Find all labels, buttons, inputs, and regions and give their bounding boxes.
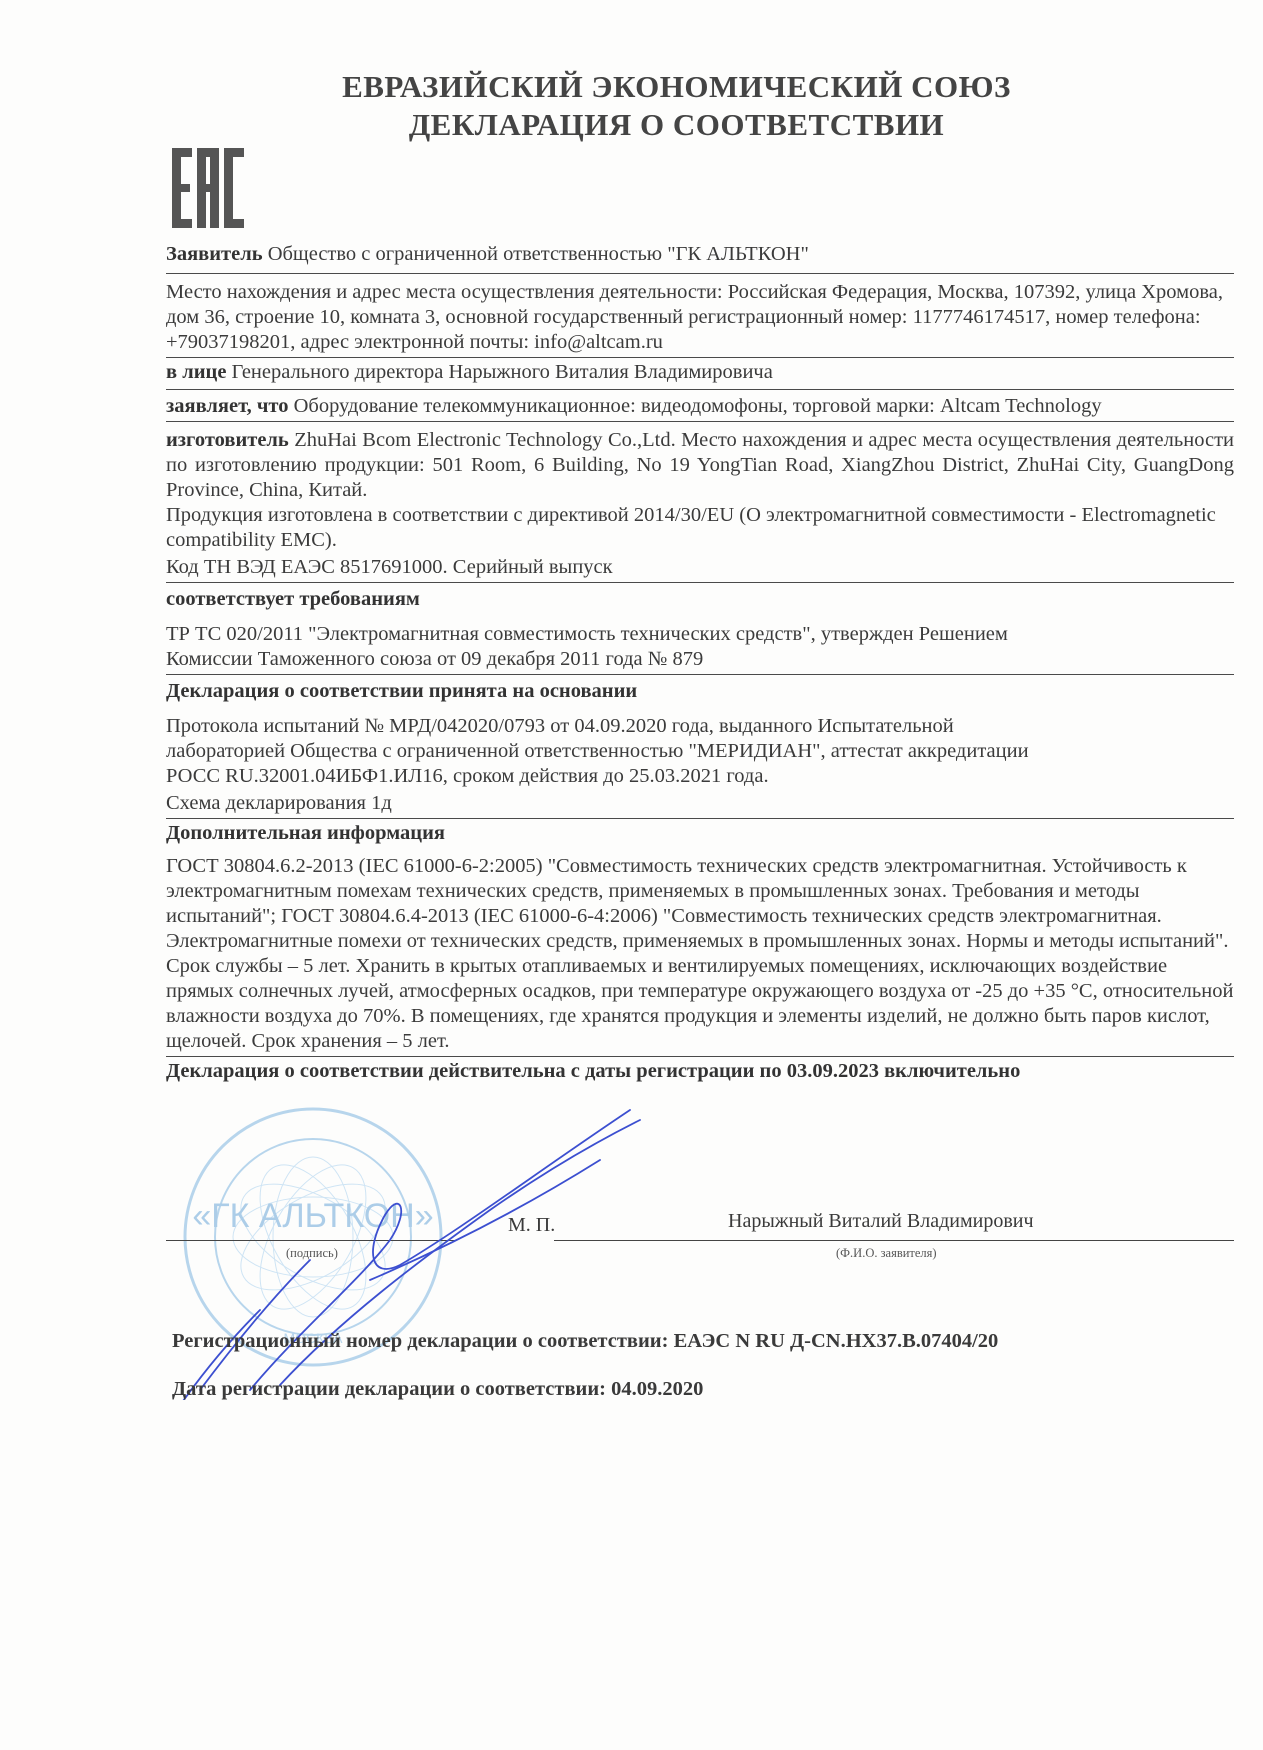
address-row: Место нахождения и адрес места осуществл… (166, 274, 1234, 358)
additional-label: Дополнительная информация (166, 821, 1234, 846)
name-line (554, 1240, 1234, 1241)
signature-row: (подпись) М. П. Нарыжный Виталий Владими… (166, 1210, 1234, 1270)
declares-row: заявляет, что Оборудование телекоммуника… (166, 390, 1234, 422)
basis-label: Декларация о соответствии принята на осн… (166, 679, 1234, 704)
complies-value-row: ТР ТС 020/2011 "Электромагнитная совмест… (166, 622, 1234, 675)
registration-date-value: 04.09.2020 (611, 1378, 703, 1400)
signature-line (166, 1240, 456, 1241)
declares-value: Оборудование телекоммуникационное: видео… (294, 395, 1102, 417)
represented-label: в лице (166, 361, 226, 383)
declaration-page: ЕВРАЗИЙСКИЙ ЭКОНОМИЧЕСКИЙ СОЮЗ ДЕКЛАРАЦИ… (0, 0, 1263, 1750)
additional-value: ГОСТ 30804.6.2-2013 (IEC 61000-6-2:2005)… (166, 854, 1234, 1054)
signature-caption: (подпись) (286, 1246, 338, 1261)
applicant-signatory-name: Нарыжный Виталий Владимирович (728, 1210, 1034, 1233)
registration-date-label: Дата регистрации декларации о соответств… (172, 1378, 606, 1400)
document-title: ДЕКЛАРАЦИЯ О СООТВЕТСТВИИ (0, 106, 1263, 144)
validity-text: Декларация о соответствии действительна … (166, 1060, 1020, 1082)
directive-text: Продукция изготовлена в соответствии с д… (166, 503, 1234, 553)
complies-row: соответствует требованиям (166, 583, 1234, 622)
manufacturer-value: ZhuHai Bcom Electronic Technology Co.,Lt… (166, 429, 1234, 501)
represented-row: в лице Генерального директора Нарыжного … (166, 358, 1234, 390)
manufacturer-row: изготовитель ZhuHai Bcom Electronic Tech… (166, 422, 1234, 555)
manufacturer-label: изготовитель (166, 429, 289, 451)
scheme-row: Схема декларирования 1д (166, 791, 1234, 819)
stamp-place-label: М. П. (508, 1214, 555, 1237)
complies-value: ТР ТС 020/2011 "Электромагнитная совмест… (166, 623, 1008, 670)
applicant-label: Заявитель (166, 243, 263, 265)
registration-number-line: Регистрационный номер декларации о соотв… (172, 1330, 998, 1353)
applicant-row: Заявитель Общество с ограниченной ответс… (166, 242, 1234, 274)
represented-value: Генерального директора Нарыжного Виталия… (232, 361, 773, 383)
basis-value: Протокола испытаний № МРД/042020/0793 от… (166, 714, 1234, 789)
address-text: Место нахождения и адрес места осуществл… (166, 280, 1234, 355)
registration-date-line: Дата регистрации декларации о соответств… (172, 1378, 703, 1401)
scheme-text: Схема декларирования 1д (166, 792, 392, 814)
eac-mark-icon (172, 148, 244, 228)
registration-number-label: Регистрационный номер декларации о соотв… (172, 1330, 668, 1352)
applicant-value: Общество с ограниченной ответственностью… (268, 243, 809, 265)
code-row: Код ТН ВЭД ЕАЭС 8517691000. Серийный вып… (166, 555, 1234, 583)
union-title: ЕВРАЗИЙСКИЙ ЭКОНОМИЧЕСКИЙ СОЮЗ (0, 68, 1263, 106)
registration-number-value: ЕАЭС N RU Д-CN.НХ37.В.07404/20 (674, 1330, 999, 1352)
additional-row: Дополнительная информация ГОСТ 30804.6.2… (166, 819, 1234, 1057)
basis-row: Декларация о соответствии принята на осн… (166, 675, 1234, 791)
name-caption: (Ф.И.О. заявителя) (836, 1246, 937, 1261)
complies-label: соответствует требованиям (166, 587, 1234, 612)
validity-row: Декларация о соответствии действительна … (166, 1057, 1234, 1086)
declaration-body: Заявитель Общество с ограниченной ответс… (166, 242, 1234, 1086)
code-text: Код ТН ВЭД ЕАЭС 8517691000. Серийный вып… (166, 556, 613, 578)
declares-label: заявляет, что (166, 395, 288, 417)
